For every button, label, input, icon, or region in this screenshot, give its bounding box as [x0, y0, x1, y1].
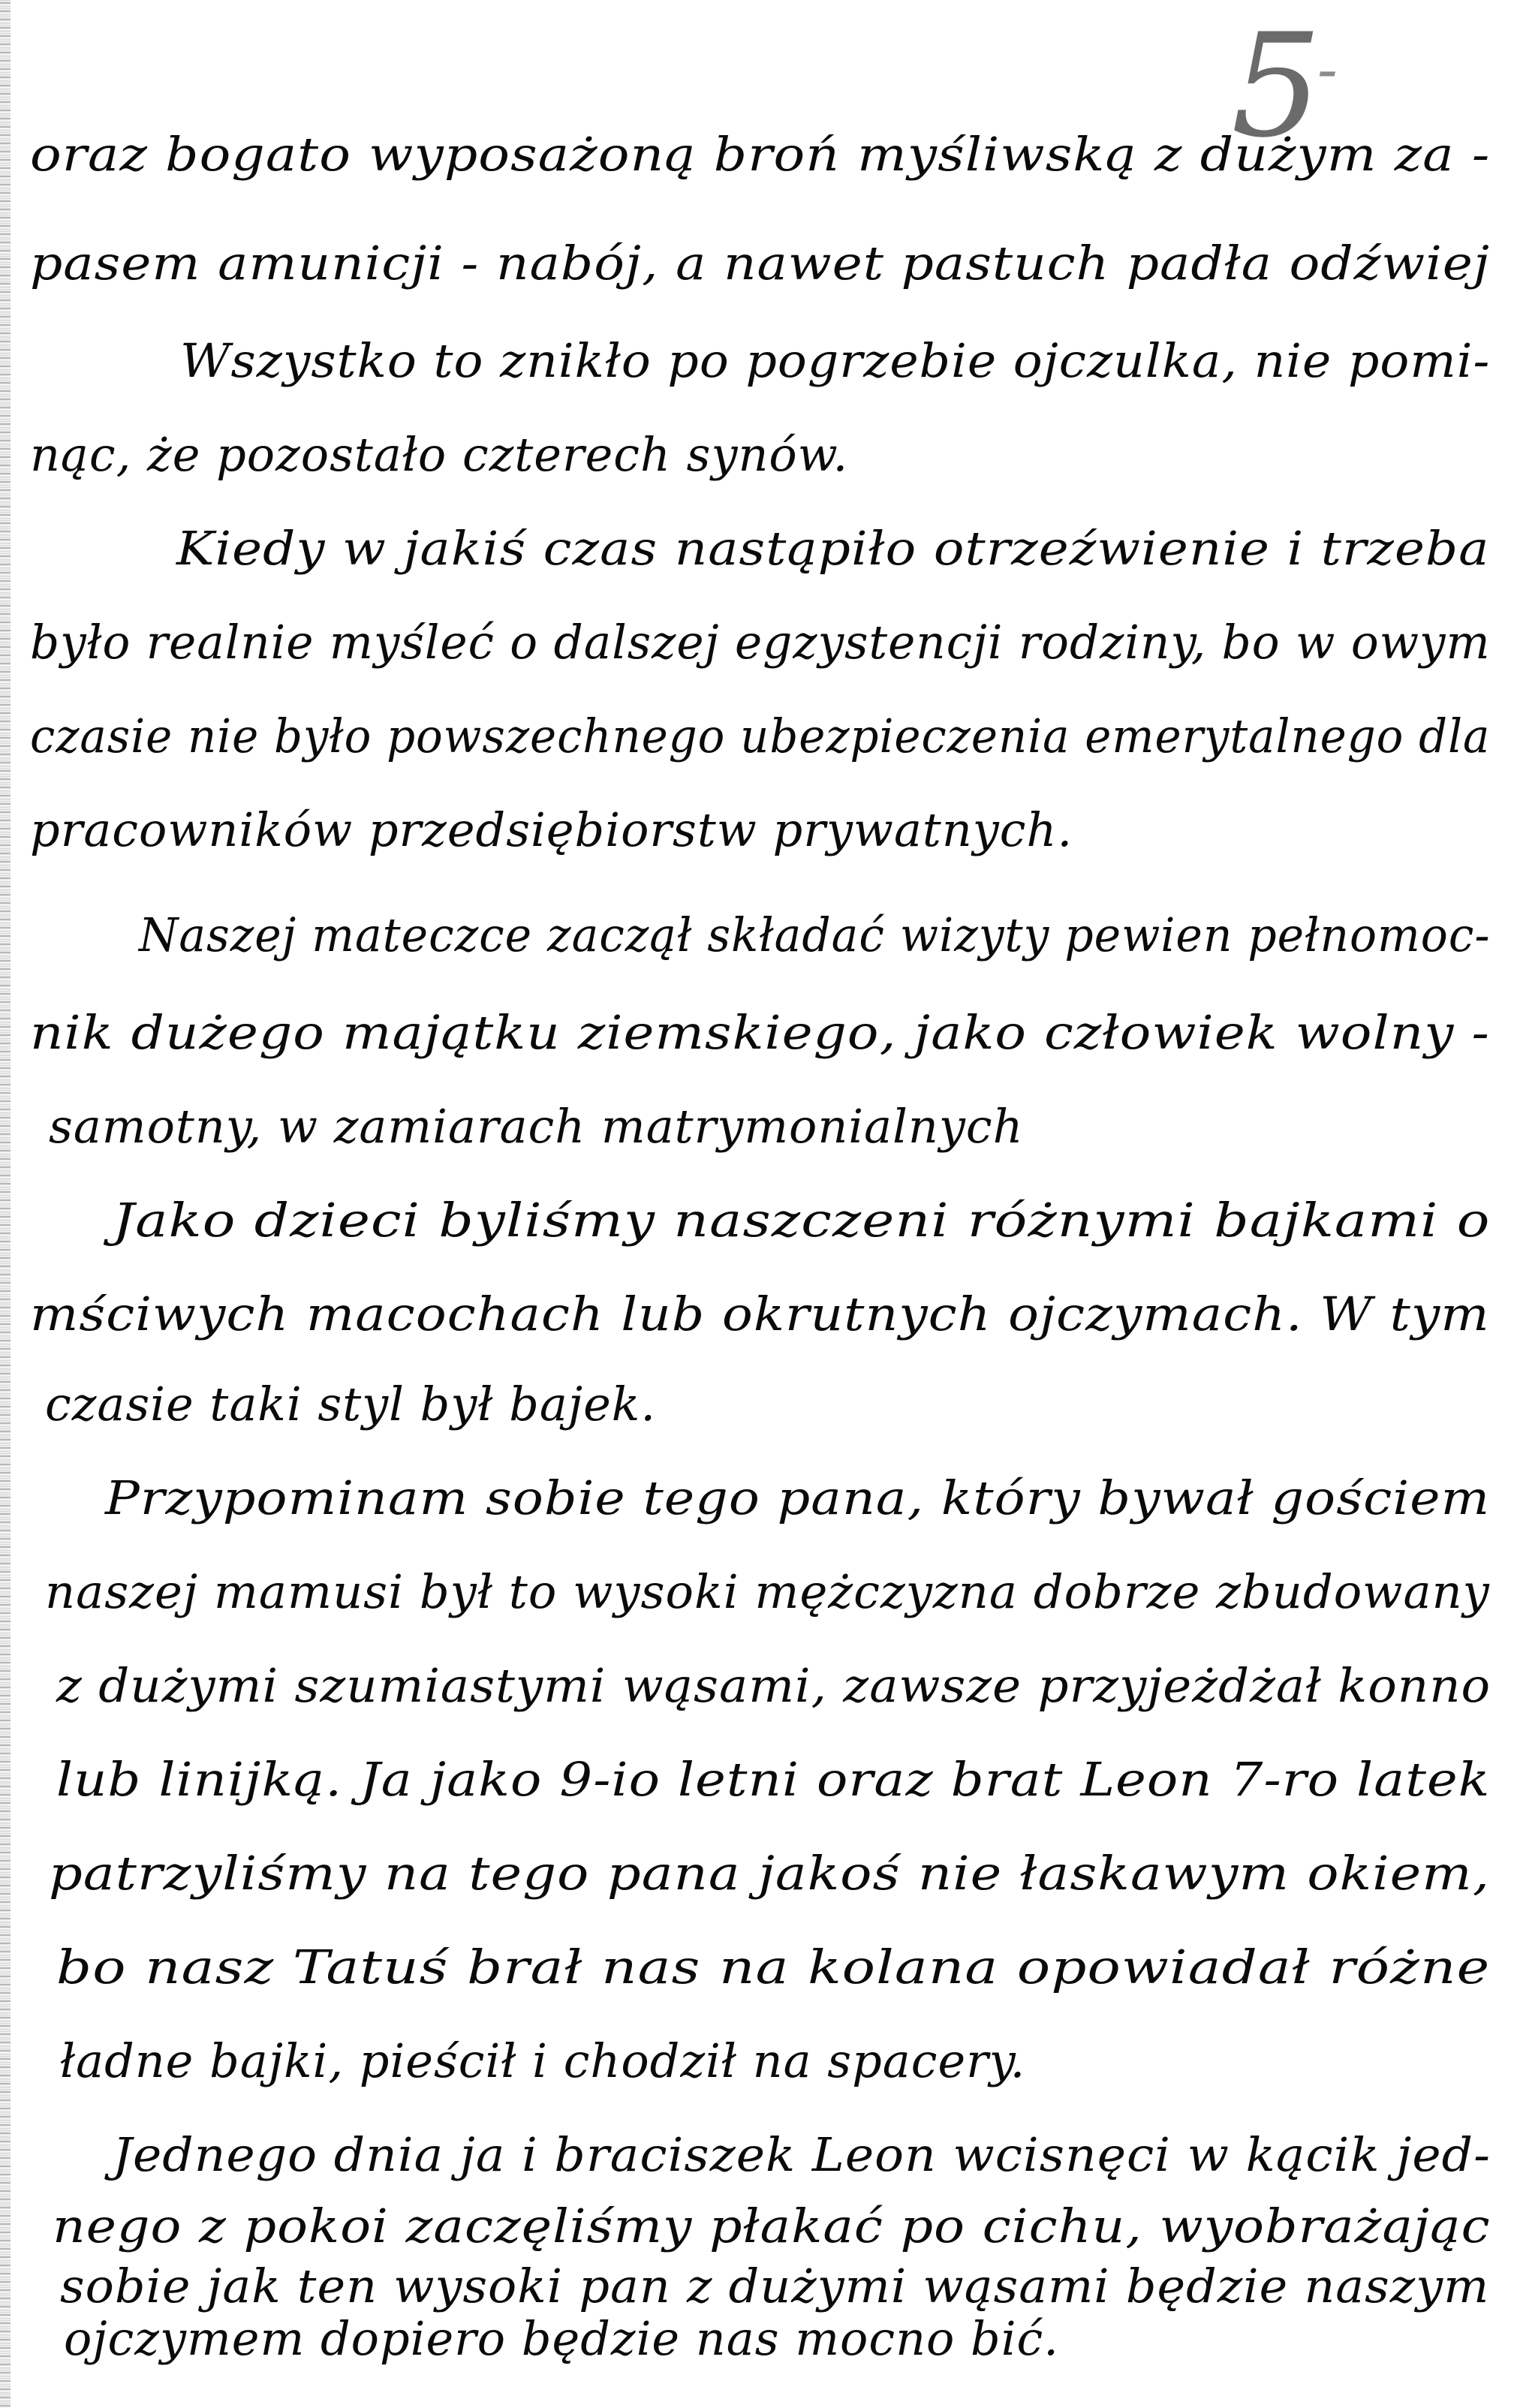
manuscript-line: nik dużego majątku ziemskiego, jako czło…	[30, 1010, 1490, 1056]
manuscript-line: mściwych macochach lub okrutnych ojczyma…	[30, 1291, 1490, 1338]
manuscript-line: Kiedy w jakiś czas nastąpiło otrzeźwieni…	[176, 525, 1490, 572]
manuscript-line: czasie nie było powszechnego ubezpieczen…	[30, 713, 1490, 760]
manuscript-line: Jako dzieci byliśmy naszczeni różnymi ba…	[113, 1197, 1491, 1244]
manuscript-line: ojczymem dopiero będzie nas mocno bić.	[64, 2316, 1059, 2362]
manuscript-line: było realnie myśleć o dalszej egzystencj…	[30, 619, 1491, 666]
manuscript-line: Wszystko to znikło po pogrzebie ojczulka…	[180, 338, 1490, 384]
manuscript-line: nąc, że pozostało czterech synów.	[30, 432, 848, 478]
manuscript-line: Naszej mateczce zaczął składać wizyty pe…	[139, 912, 1491, 959]
manuscript-line: patrzyliśmy na tego pana jakoś nie łaska…	[49, 1850, 1490, 1897]
manuscript-line: Przypominam sobie tego pana, który bywał…	[105, 1475, 1490, 1522]
manuscript-line: oraz bogato wyposażoną broń myśliwską z …	[30, 131, 1490, 178]
page-number-dash: -	[1317, 35, 1333, 104]
manuscript-line: ładne bajki, pieścił i chodził na spacer…	[60, 2038, 1025, 2084]
manuscript-line: nego z pokoi zaczęliśmy płakać po cichu,…	[53, 2203, 1491, 2250]
manuscript-line: pasem amunicji - nabój, a nawet pastuch …	[30, 240, 1490, 287]
manuscript-line: sobie jak ten wysoki pan z dużymi wąsami…	[60, 2263, 1489, 2310]
scan-edge	[0, 0, 11, 2408]
manuscript-line: samotny, w zamiarach matrymonialnych	[49, 1103, 1024, 1150]
manuscript-line: czasie taki styl był bajek.	[45, 1381, 656, 1428]
manuscript-line: lub linijką. Ja jako 9-io letni oraz bra…	[56, 1756, 1491, 1803]
manuscript-line: z dużymi szumiastymi wąsami, zawsze przy…	[56, 1663, 1491, 1709]
manuscript-line: Jednego dnia ja i braciszek Leon wcisnęc…	[113, 2132, 1491, 2178]
manuscript-line: bo nasz Tatuś brał nas na kolana opowiad…	[56, 1944, 1490, 1991]
manuscript-line: pracowników przedsiębiorstw prywatnych.	[30, 807, 1073, 853]
manuscript-line: naszej mamusi był to wysoki mężczyzna do…	[45, 1569, 1490, 1615]
